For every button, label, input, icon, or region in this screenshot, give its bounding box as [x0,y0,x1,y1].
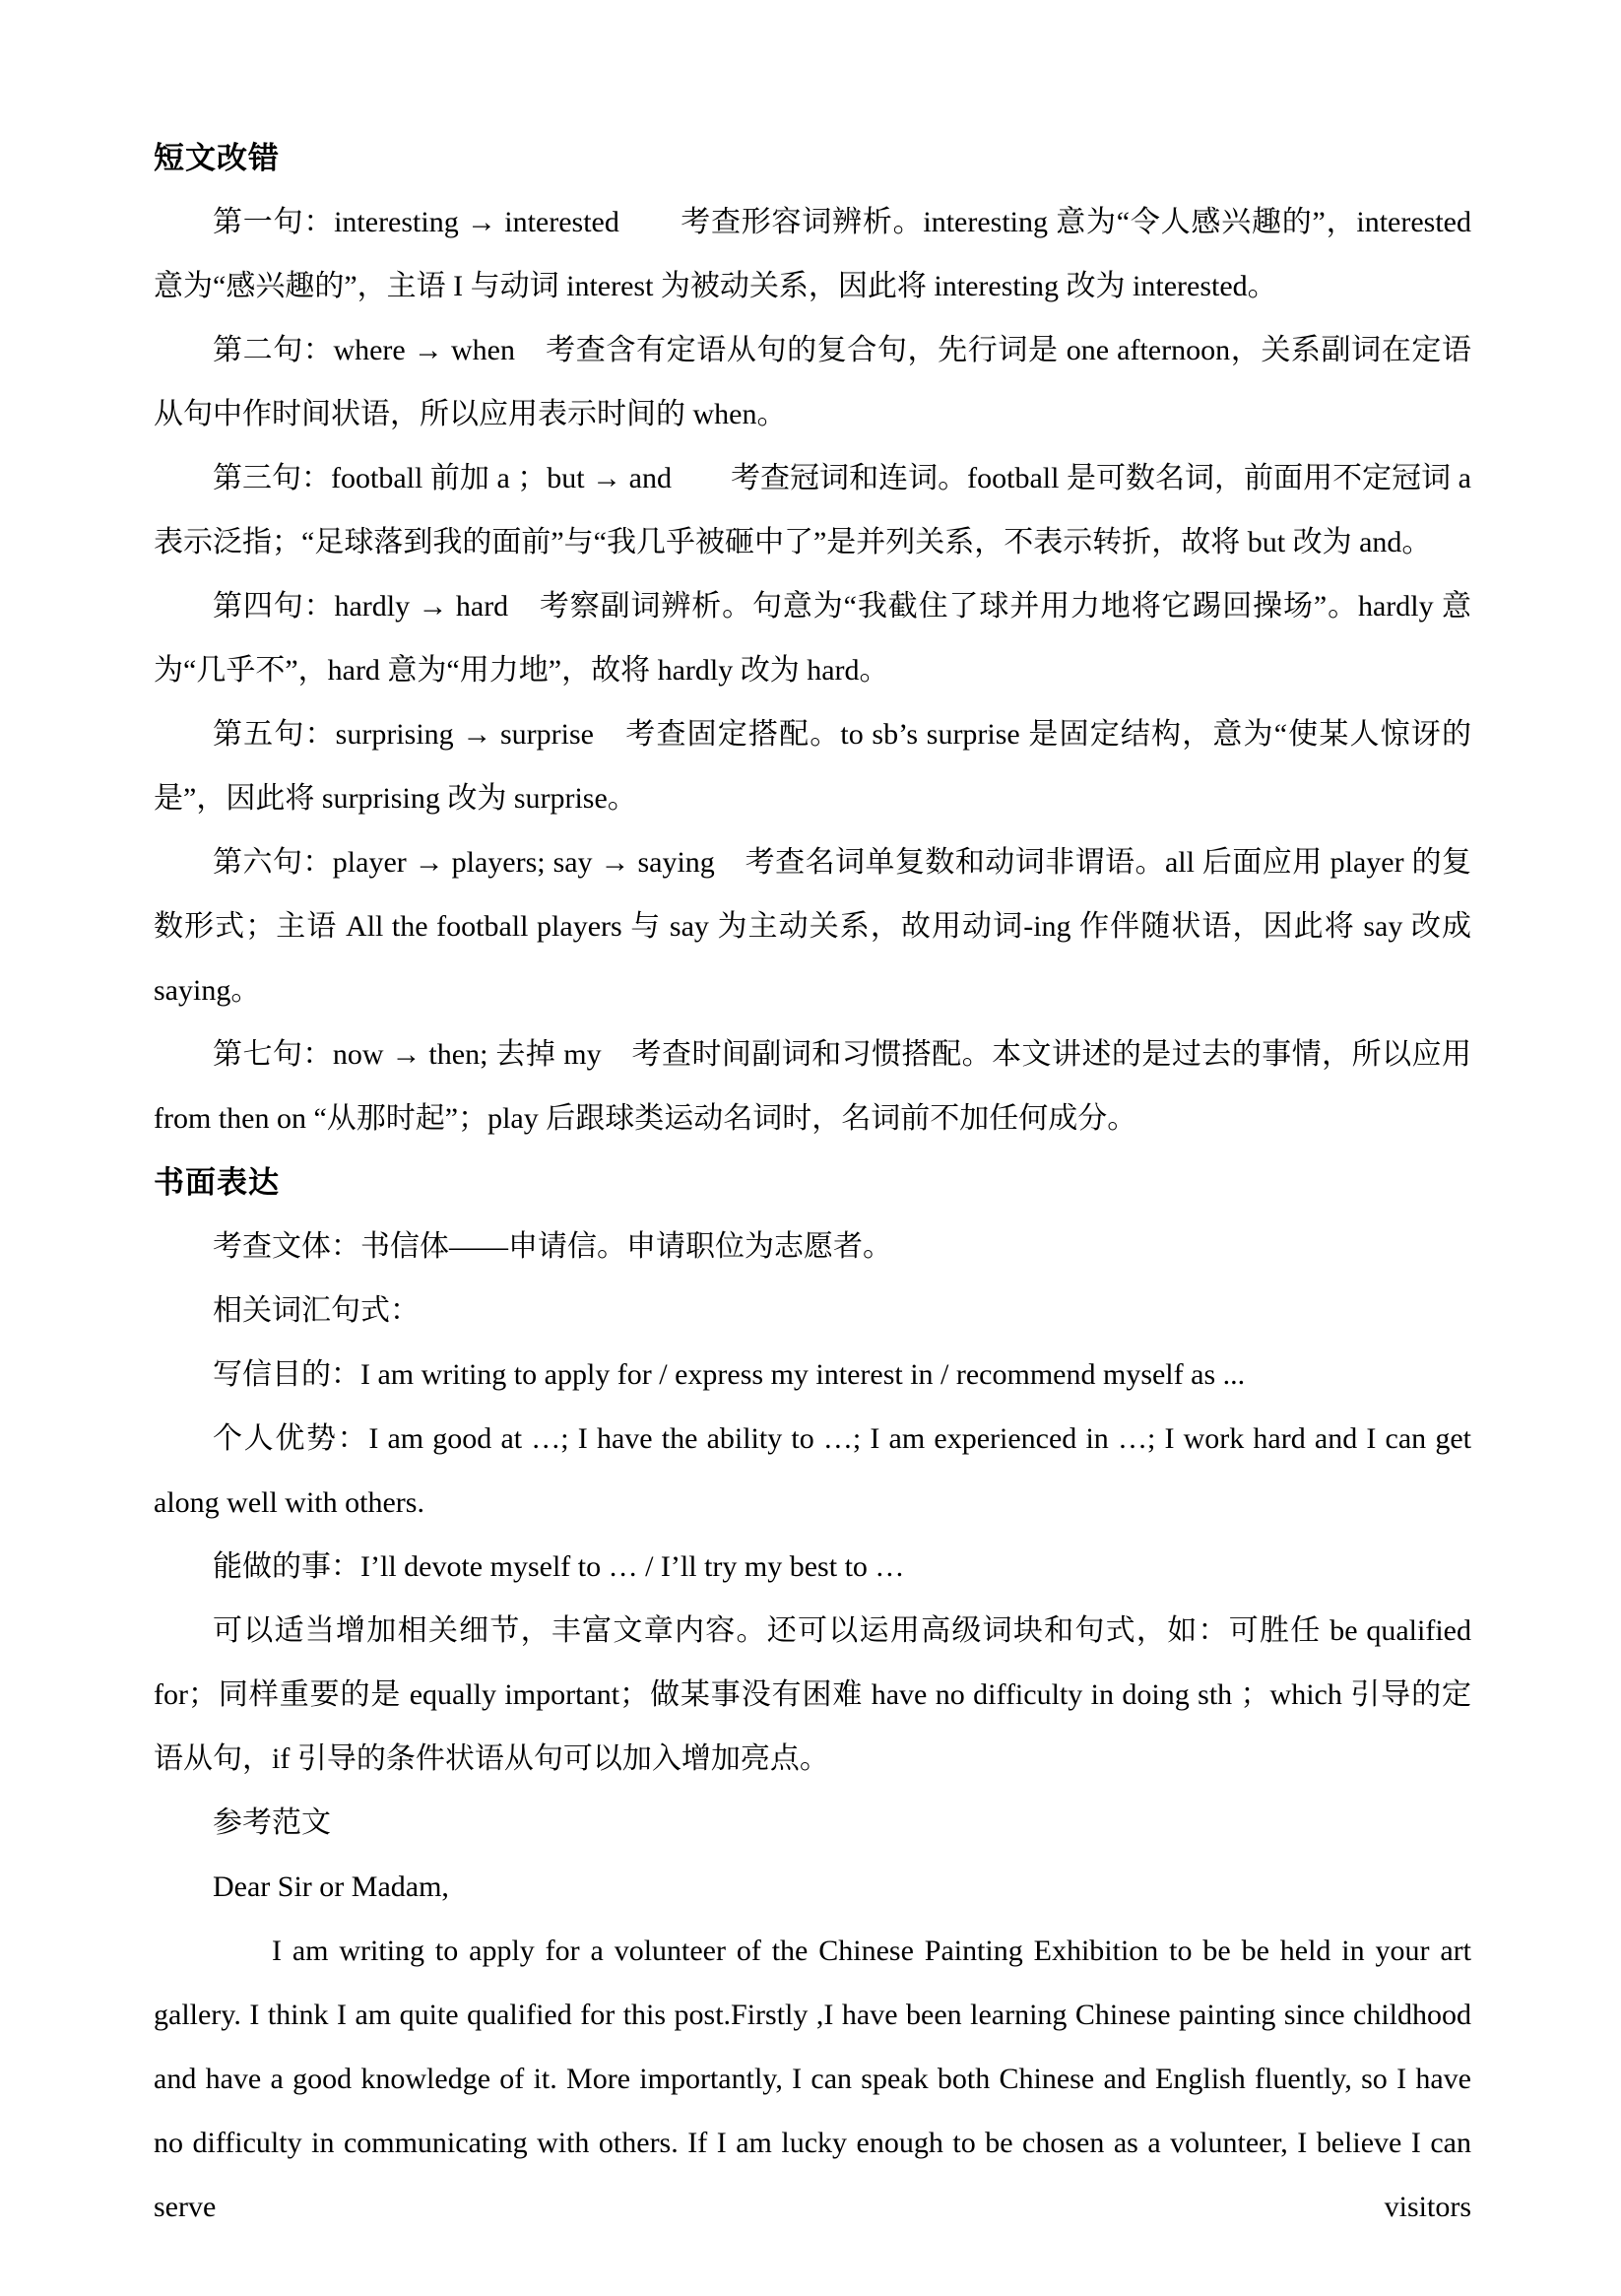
document-page: 短文改错 第一句：interesting → interested 考查形容词辨… [0,0,1621,2296]
personal-strength-phrases: 个人优势：I am good at …; I have the ability … [154,1407,1471,1535]
letter-salutation: Dear Sir or Madam, [154,1855,1471,1919]
error-correction-sentence-5: 第五句：surprising → surprise 考查固定搭配。to sb’s… [154,702,1471,830]
related-phrases-label: 相关词汇句式： [154,1279,1471,1343]
error-correction-sentence-1: 第一句：interesting → interested 考查形容词辨析。int… [154,190,1471,318]
writing-purpose-phrases: 写信目的：I am writing to apply for / express… [154,1343,1471,1407]
error-correction-sentence-3: 第三句：football 前加 a ；but → and 考查冠词和连词。foo… [154,446,1471,574]
section-heading-written-expression: 书面表达 [154,1150,1471,1214]
error-correction-sentence-7: 第七句：now → then; 去掉 my 考查时间副词和习惯搭配。本文讲述的是… [154,1022,1471,1150]
section-heading-error-correction: 短文改错 [154,126,1471,190]
writing-genre-note: 考查文体：书信体——申请信。申请职位为志愿者。 [154,1214,1471,1279]
error-correction-sentence-6: 第六句：player → players; say → saying 考查名词单… [154,830,1471,1022]
error-correction-sentence-4: 第四句：hardly → hard 考察副词辨析。句意为“我截住了球并用力地将它… [154,574,1471,702]
ability-phrases: 能做的事：I’ll devote myself to … / I’ll try … [154,1535,1471,1599]
sample-essay-label: 参考范文 [154,1791,1471,1855]
letter-body: I am writing to apply for a volunteer of… [154,1919,1471,2239]
writing-tips: 可以适当增加相关细节，丰富文章内容。还可以运用高级词块和句式，如：可胜任 be … [154,1599,1471,1791]
error-correction-sentence-2: 第二句：where → when 考查含有定语从句的复合句，先行词是 one a… [154,318,1471,446]
